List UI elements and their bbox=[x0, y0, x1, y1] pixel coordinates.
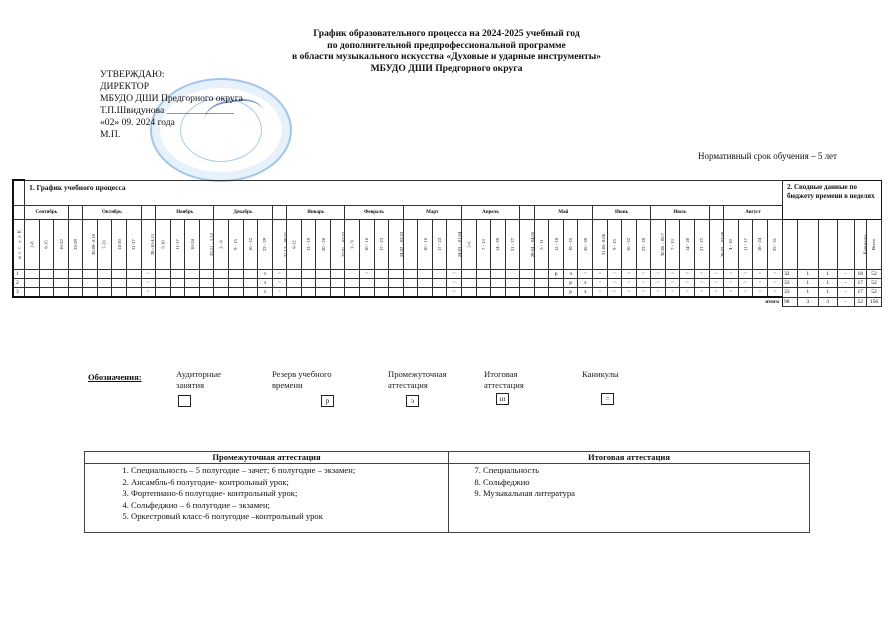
week-cell: = bbox=[622, 288, 637, 298]
week-cell bbox=[243, 279, 258, 288]
week-cell bbox=[461, 288, 476, 298]
week-header: 28.-10-4.11 bbox=[141, 220, 156, 270]
week-cell bbox=[228, 279, 243, 288]
summary-header: Аудиторные занятия bbox=[783, 220, 798, 270]
week-cell bbox=[127, 270, 142, 279]
week-cell bbox=[403, 288, 418, 298]
list-item: Фортепиано-6 полугодие- контрольный урок… bbox=[131, 488, 448, 500]
week-cell bbox=[54, 279, 69, 288]
week-cell bbox=[112, 288, 127, 298]
week-header: 16 - 22 bbox=[243, 220, 258, 270]
table-row: 1=з===рэ==============3211-1852 bbox=[13, 270, 882, 279]
summary-value: 52 bbox=[867, 288, 882, 298]
week-cell bbox=[316, 288, 331, 298]
week-header: 9-12 bbox=[287, 220, 302, 270]
week-header: 26 - 30 bbox=[578, 220, 593, 270]
week-cell: = bbox=[724, 279, 739, 288]
summary-value: 18 bbox=[854, 270, 867, 279]
week-header: 2-6 bbox=[461, 220, 476, 270]
corner-cell bbox=[13, 180, 25, 206]
week-cell: = bbox=[360, 270, 375, 279]
list-item: Сольфеджио – 6 полугодие – экзамен; bbox=[131, 500, 448, 512]
week-cell: = bbox=[141, 279, 156, 288]
week-cell bbox=[520, 279, 535, 288]
month-header: Август bbox=[724, 206, 783, 220]
week-header: 28.07 – 03.08 bbox=[709, 220, 724, 270]
week-cell bbox=[156, 270, 171, 279]
summary-value: 1 bbox=[797, 279, 818, 288]
week-cell bbox=[68, 288, 83, 298]
week-cell: = bbox=[593, 288, 608, 298]
week-cell: = bbox=[680, 279, 695, 288]
approval-position: ДИРЕКТОР bbox=[100, 81, 243, 93]
week-cell bbox=[83, 279, 98, 288]
week-cell bbox=[330, 288, 345, 298]
approval-date: «02» 09. 2024 года bbox=[100, 117, 243, 129]
week-header: 7-13 bbox=[97, 220, 112, 270]
week-cell bbox=[25, 279, 40, 288]
legend-symbol-auditory bbox=[178, 395, 191, 407]
approval-block: УТВЕРЖДАЮ: ДИРЕКТОР МБУДО ДШИ Предгорног… bbox=[100, 69, 243, 141]
week-cell bbox=[228, 270, 243, 279]
summary-value: 17 bbox=[854, 279, 867, 288]
month-header: Октябрь bbox=[83, 206, 141, 220]
week-cell bbox=[170, 270, 185, 279]
week-cell: = bbox=[709, 288, 724, 298]
week-header: 3 - 9 bbox=[345, 220, 360, 270]
month-header bbox=[520, 206, 535, 220]
week-cell: = bbox=[767, 279, 782, 288]
week-header: 11 - 17 bbox=[738, 220, 753, 270]
legend-label: Итоговая bbox=[484, 369, 524, 380]
week-cell bbox=[83, 270, 98, 279]
summary-value: 33 bbox=[783, 288, 798, 298]
legend-item-auditory: Аудиторные занятия bbox=[176, 369, 221, 390]
week-cell bbox=[39, 270, 54, 279]
week-header: 10 - 16 bbox=[418, 220, 433, 270]
week-cell bbox=[97, 270, 112, 279]
week-cell: = bbox=[738, 279, 753, 288]
legend-symbol-holidays: = bbox=[601, 393, 614, 405]
week-header: 18 - 24 bbox=[753, 220, 768, 270]
week-cell bbox=[476, 270, 491, 279]
week-cell: = bbox=[272, 279, 287, 288]
week-cell bbox=[374, 288, 389, 298]
week-cell: = bbox=[709, 270, 724, 279]
week-cell bbox=[505, 279, 520, 288]
week-cell: = bbox=[767, 288, 782, 298]
week-cell bbox=[432, 279, 447, 288]
week-header: 16 - 22 bbox=[622, 220, 637, 270]
week-cell bbox=[476, 288, 491, 298]
week-header: 23-29 bbox=[68, 220, 83, 270]
week-header: 11-17 bbox=[170, 220, 185, 270]
week-cell: = bbox=[447, 270, 462, 279]
week-cell: = bbox=[680, 270, 695, 279]
week-header: 20 - 26 bbox=[316, 220, 331, 270]
summary-value: 17 bbox=[854, 288, 867, 298]
final-attestation-header: Итоговая аттестация bbox=[449, 452, 810, 464]
week-cell: = bbox=[593, 279, 608, 288]
week-cell bbox=[345, 288, 360, 298]
week-header: 2-8 bbox=[25, 220, 40, 270]
class-header-spacer bbox=[13, 206, 25, 220]
week-cell bbox=[287, 288, 302, 298]
week-cell bbox=[505, 288, 520, 298]
week-cell bbox=[287, 279, 302, 288]
week-cell bbox=[127, 279, 142, 288]
week-cell bbox=[345, 270, 360, 279]
week-cell: = bbox=[709, 279, 724, 288]
list-item: Оркестровый класс-6 полугодие –контрольн… bbox=[131, 511, 448, 523]
week-cell: = bbox=[694, 270, 709, 279]
week-header: 30.06 – 06.7 bbox=[651, 220, 666, 270]
week-header: 5 - 11 bbox=[534, 220, 549, 270]
month-header: Сентябрь bbox=[25, 206, 69, 220]
week-cell: э bbox=[578, 288, 593, 298]
total-value: 52 bbox=[854, 297, 867, 306]
week-cell bbox=[39, 279, 54, 288]
schedule-grid: 1. График учебного процесса2. Сводные да… bbox=[12, 179, 882, 307]
normative-term: Нормативный срок обучения – 5 лет bbox=[698, 151, 837, 161]
section-1-title: 1. График учебного процесса bbox=[25, 180, 783, 206]
week-header: 21 - 27 bbox=[694, 220, 709, 270]
week-cell bbox=[520, 288, 535, 298]
summary-value: - bbox=[837, 279, 854, 288]
week-cell: = bbox=[141, 288, 156, 298]
intermediate-attestation-header: Промежуточная аттестация bbox=[85, 452, 449, 464]
list-item: Ансамбль-6 полугодие- контрольный урок; bbox=[131, 477, 448, 489]
week-cell bbox=[39, 288, 54, 298]
total-value: - bbox=[837, 297, 854, 306]
week-cell bbox=[185, 270, 200, 279]
week-cell: р bbox=[563, 279, 578, 288]
week-header: 24.03 – 01.04 bbox=[447, 220, 462, 270]
legend-label: времени bbox=[272, 380, 332, 391]
week-cell: = bbox=[607, 279, 622, 288]
month-header bbox=[141, 206, 156, 220]
approval-name: Т.П.Швидунова ______________ bbox=[100, 105, 243, 117]
week-cell: = bbox=[767, 270, 782, 279]
intermediate-attestation-list: Специальность – 5 полугодие – зачет; 6 п… bbox=[85, 465, 448, 523]
week-cell: = bbox=[636, 288, 651, 298]
class-number: 2 bbox=[13, 279, 25, 288]
week-cell bbox=[68, 279, 83, 288]
week-cell: = bbox=[694, 279, 709, 288]
week-cell: з bbox=[258, 270, 273, 279]
week-header: 9 - 15 bbox=[607, 220, 622, 270]
week-cell: = bbox=[272, 288, 287, 298]
month-header bbox=[709, 206, 724, 220]
week-cell: = bbox=[447, 288, 462, 298]
legend-item-reserve: Резерв учебного времени bbox=[272, 369, 332, 390]
summary-header: Промежуточная аттестация bbox=[797, 220, 818, 270]
week-cell: = bbox=[665, 279, 680, 288]
week-cell bbox=[360, 279, 375, 288]
week-cell: р bbox=[563, 288, 578, 298]
summary-value: - bbox=[837, 270, 854, 279]
week-cell: = bbox=[680, 288, 695, 298]
week-cell: = bbox=[694, 288, 709, 298]
approval-heading: УТВЕРЖДАЮ: bbox=[100, 69, 243, 81]
summary-value: 33 bbox=[783, 279, 798, 288]
week-cell: з bbox=[258, 279, 273, 288]
approval-seal-mark: М.П. bbox=[100, 129, 243, 141]
week-cell bbox=[83, 288, 98, 298]
week-header: 17 - 23 bbox=[432, 220, 447, 270]
legend-item-final: Итоговая аттестация bbox=[484, 369, 524, 390]
week-cell bbox=[127, 288, 142, 298]
month-header bbox=[68, 206, 83, 220]
week-cell bbox=[461, 270, 476, 279]
month-header: Март bbox=[403, 206, 461, 220]
week-cell bbox=[461, 279, 476, 288]
week-cell bbox=[549, 279, 564, 288]
total-value: 98 bbox=[783, 297, 798, 306]
week-cell bbox=[170, 279, 185, 288]
month-header: Июнь bbox=[593, 206, 651, 220]
legend-label: Аудиторные bbox=[176, 369, 221, 380]
week-cell bbox=[25, 270, 40, 279]
week-cell: = bbox=[651, 279, 666, 288]
week-cell bbox=[534, 270, 549, 279]
legend-symbol-intermediate: э bbox=[406, 395, 419, 407]
week-cell: = bbox=[724, 288, 739, 298]
week-cell: э bbox=[563, 270, 578, 279]
week-cell bbox=[389, 279, 404, 288]
week-cell bbox=[214, 270, 229, 279]
week-cell bbox=[520, 270, 535, 279]
week-cell: = bbox=[724, 270, 739, 279]
week-cell bbox=[54, 288, 69, 298]
week-header: 25.11 – 1.12 bbox=[199, 220, 214, 270]
week-cell bbox=[374, 270, 389, 279]
summary-value: 1 bbox=[818, 288, 837, 298]
week-cell: = bbox=[651, 288, 666, 298]
week-cell: = bbox=[607, 288, 622, 298]
week-cell bbox=[97, 288, 112, 298]
week-header: 25 - 31 bbox=[767, 220, 782, 270]
week-header: 31.12 – 08.01 bbox=[272, 220, 287, 270]
summary-header: Каникулы bbox=[854, 220, 867, 270]
summary-value: 32 bbox=[783, 270, 798, 279]
week-cell: = bbox=[447, 279, 462, 288]
legend-label: занятия bbox=[176, 380, 221, 391]
week-cell: = bbox=[141, 270, 156, 279]
attestation-table: Промежуточная аттестация Итоговая аттест… bbox=[84, 451, 810, 533]
legend-label: Каникулы bbox=[582, 369, 619, 380]
week-cell bbox=[112, 279, 127, 288]
month-header: Ноябрь bbox=[156, 206, 214, 220]
week-header: 10 - 16 bbox=[360, 220, 375, 270]
week-header: 14 - 20 bbox=[680, 220, 695, 270]
week-cell: = bbox=[272, 270, 287, 279]
title-line-2: по дополнительной предпрофессиональной п… bbox=[0, 40, 893, 52]
list-item: Музыкальная литература bbox=[483, 488, 809, 500]
summary-header: Резерв учебного времени bbox=[818, 220, 837, 270]
month-header: Декабрь bbox=[214, 206, 272, 220]
week-cell: = bbox=[636, 270, 651, 279]
week-header: 2 - 8 bbox=[214, 220, 229, 270]
week-header: 9-15 bbox=[39, 220, 54, 270]
week-cell bbox=[54, 270, 69, 279]
week-cell bbox=[389, 270, 404, 279]
week-header: 13 - 19 bbox=[301, 220, 316, 270]
summary-header: Всего bbox=[867, 220, 882, 270]
week-cell bbox=[418, 270, 433, 279]
month-header bbox=[272, 206, 287, 220]
week-cell bbox=[214, 279, 229, 288]
legend-item-holidays: Каникулы bbox=[582, 369, 619, 380]
week-cell bbox=[316, 270, 331, 279]
week-header: 28.04 – 04.05 bbox=[520, 220, 535, 270]
week-cell: э bbox=[578, 279, 593, 288]
week-cell bbox=[243, 270, 258, 279]
week-header: 7 - 13 bbox=[476, 220, 491, 270]
summary-value: 1 bbox=[818, 279, 837, 288]
approval-organization: МБУДО ДШИ Предгорного округа bbox=[100, 93, 243, 105]
week-cell bbox=[185, 288, 200, 298]
month-header: Май bbox=[534, 206, 592, 220]
week-header: 14-20 bbox=[112, 220, 127, 270]
week-header: 12 - 18 bbox=[549, 220, 564, 270]
month-header: Апрель bbox=[461, 206, 519, 220]
week-header: 23 - 29 bbox=[636, 220, 651, 270]
legend-symbol-reserve: р bbox=[321, 395, 334, 407]
week-cell bbox=[549, 288, 564, 298]
week-header: 24.02 – 02.03 bbox=[389, 220, 404, 270]
week-cell bbox=[316, 279, 331, 288]
week-cell: р bbox=[549, 270, 564, 279]
week-header: 18-24 bbox=[185, 220, 200, 270]
month-header: Январь bbox=[287, 206, 345, 220]
title-line-1: График образовательного процесса на 2024… bbox=[0, 28, 893, 40]
week-cell bbox=[185, 279, 200, 288]
week-cell bbox=[301, 288, 316, 298]
week-cell bbox=[330, 270, 345, 279]
total-value: 156 bbox=[867, 297, 882, 306]
week-cell bbox=[170, 288, 185, 298]
week-cell bbox=[418, 288, 433, 298]
week-cell bbox=[243, 288, 258, 298]
week-cell: з bbox=[258, 288, 273, 298]
week-cell: = bbox=[665, 270, 680, 279]
week-cell bbox=[345, 279, 360, 288]
week-header: 21 - 27 bbox=[505, 220, 520, 270]
final-attestation-list: Специальность Сольфеджио Музыкальная лит… bbox=[449, 465, 809, 500]
week-header: 14 - 20 bbox=[491, 220, 506, 270]
legend-label: аттестация bbox=[484, 380, 524, 391]
class-column-header: Классы bbox=[13, 220, 25, 270]
week-cell bbox=[418, 279, 433, 288]
week-cell bbox=[68, 270, 83, 279]
week-cell: = bbox=[593, 270, 608, 279]
week-cell bbox=[199, 288, 214, 298]
week-cell bbox=[97, 279, 112, 288]
legend-label: Резерв учебного bbox=[272, 369, 332, 380]
week-header: 27.01 – 02.02 bbox=[330, 220, 345, 270]
week-cell: = bbox=[753, 288, 768, 298]
summary-value: 1 bbox=[797, 288, 818, 298]
week-cell: = bbox=[651, 270, 666, 279]
week-cell: = bbox=[665, 288, 680, 298]
week-cell: = bbox=[578, 270, 593, 279]
total-value: 3 bbox=[818, 297, 837, 306]
list-item: Специальность – 5 полугодие – зачет; 6 п… bbox=[131, 465, 448, 477]
week-cell bbox=[228, 288, 243, 298]
week-header: 16-22 bbox=[54, 220, 69, 270]
week-header: 31.05- 8.06 bbox=[593, 220, 608, 270]
list-item: Сольфеджио bbox=[483, 477, 809, 489]
week-cell bbox=[330, 279, 345, 288]
week-cell bbox=[534, 279, 549, 288]
legend-symbol-final: ııı bbox=[496, 393, 509, 405]
week-cell bbox=[214, 288, 229, 298]
week-cell bbox=[432, 270, 447, 279]
week-cell bbox=[491, 288, 506, 298]
week-cell bbox=[25, 288, 40, 298]
week-cell bbox=[491, 270, 506, 279]
list-item: Специальность bbox=[483, 465, 809, 477]
week-cell bbox=[360, 288, 375, 298]
summary-value: 52 bbox=[867, 270, 882, 279]
week-cell bbox=[199, 279, 214, 288]
week-cell bbox=[432, 288, 447, 298]
week-cell bbox=[476, 279, 491, 288]
week-cell: = bbox=[607, 270, 622, 279]
summary-value: 1 bbox=[797, 270, 818, 279]
total-label: итого bbox=[13, 297, 783, 306]
legend-item-intermediate: Промежуточная аттестация bbox=[388, 369, 447, 390]
week-header: 21-27 bbox=[127, 220, 142, 270]
schedule-table: 1. График учебного процесса2. Сводные да… bbox=[12, 179, 882, 307]
week-cell bbox=[403, 279, 418, 288]
week-cell bbox=[199, 270, 214, 279]
week-cell: = bbox=[622, 270, 637, 279]
week-cell bbox=[287, 270, 302, 279]
total-value: 3 bbox=[797, 297, 818, 306]
week-header: 9 - 15 bbox=[228, 220, 243, 270]
week-cell bbox=[389, 288, 404, 298]
legend-label: Промежуточная bbox=[388, 369, 447, 380]
table-row: 3=з==рэ=============3311-1752 bbox=[13, 288, 882, 298]
week-cell bbox=[301, 279, 316, 288]
week-cell bbox=[505, 270, 520, 279]
week-cell: = bbox=[738, 270, 753, 279]
legend-title: Обозначения: bbox=[88, 372, 142, 382]
week-cell bbox=[112, 270, 127, 279]
summary-value: 52 bbox=[867, 279, 882, 288]
week-cell bbox=[374, 279, 389, 288]
intermediate-attestation-list-cell: Специальность – 5 полугодие – зачет; 6 п… bbox=[85, 464, 449, 533]
week-cell bbox=[156, 288, 171, 298]
week-header: 23 - 29 bbox=[258, 220, 273, 270]
title-line-3: в области музыкального искусства «Духовы… bbox=[0, 51, 893, 63]
week-header: 4 - 10 bbox=[724, 220, 739, 270]
section-2-title: 2. Сводные данные по бюджету времени в н… bbox=[783, 180, 882, 220]
document-title: График образовательного процесса на 2024… bbox=[0, 28, 893, 74]
table-row: 2=з==рэ=============3311-1752 bbox=[13, 279, 882, 288]
legend-label: аттестация bbox=[388, 380, 447, 391]
month-header: Февраль bbox=[345, 206, 403, 220]
month-header: Июль bbox=[651, 206, 709, 220]
week-header: 5-10 bbox=[156, 220, 171, 270]
summary-value: - bbox=[837, 288, 854, 298]
week-header: 17 - 23 bbox=[374, 220, 389, 270]
week-header: 19 - 25 bbox=[563, 220, 578, 270]
class-number: 1 bbox=[13, 270, 25, 279]
class-number: 3 bbox=[13, 288, 25, 298]
